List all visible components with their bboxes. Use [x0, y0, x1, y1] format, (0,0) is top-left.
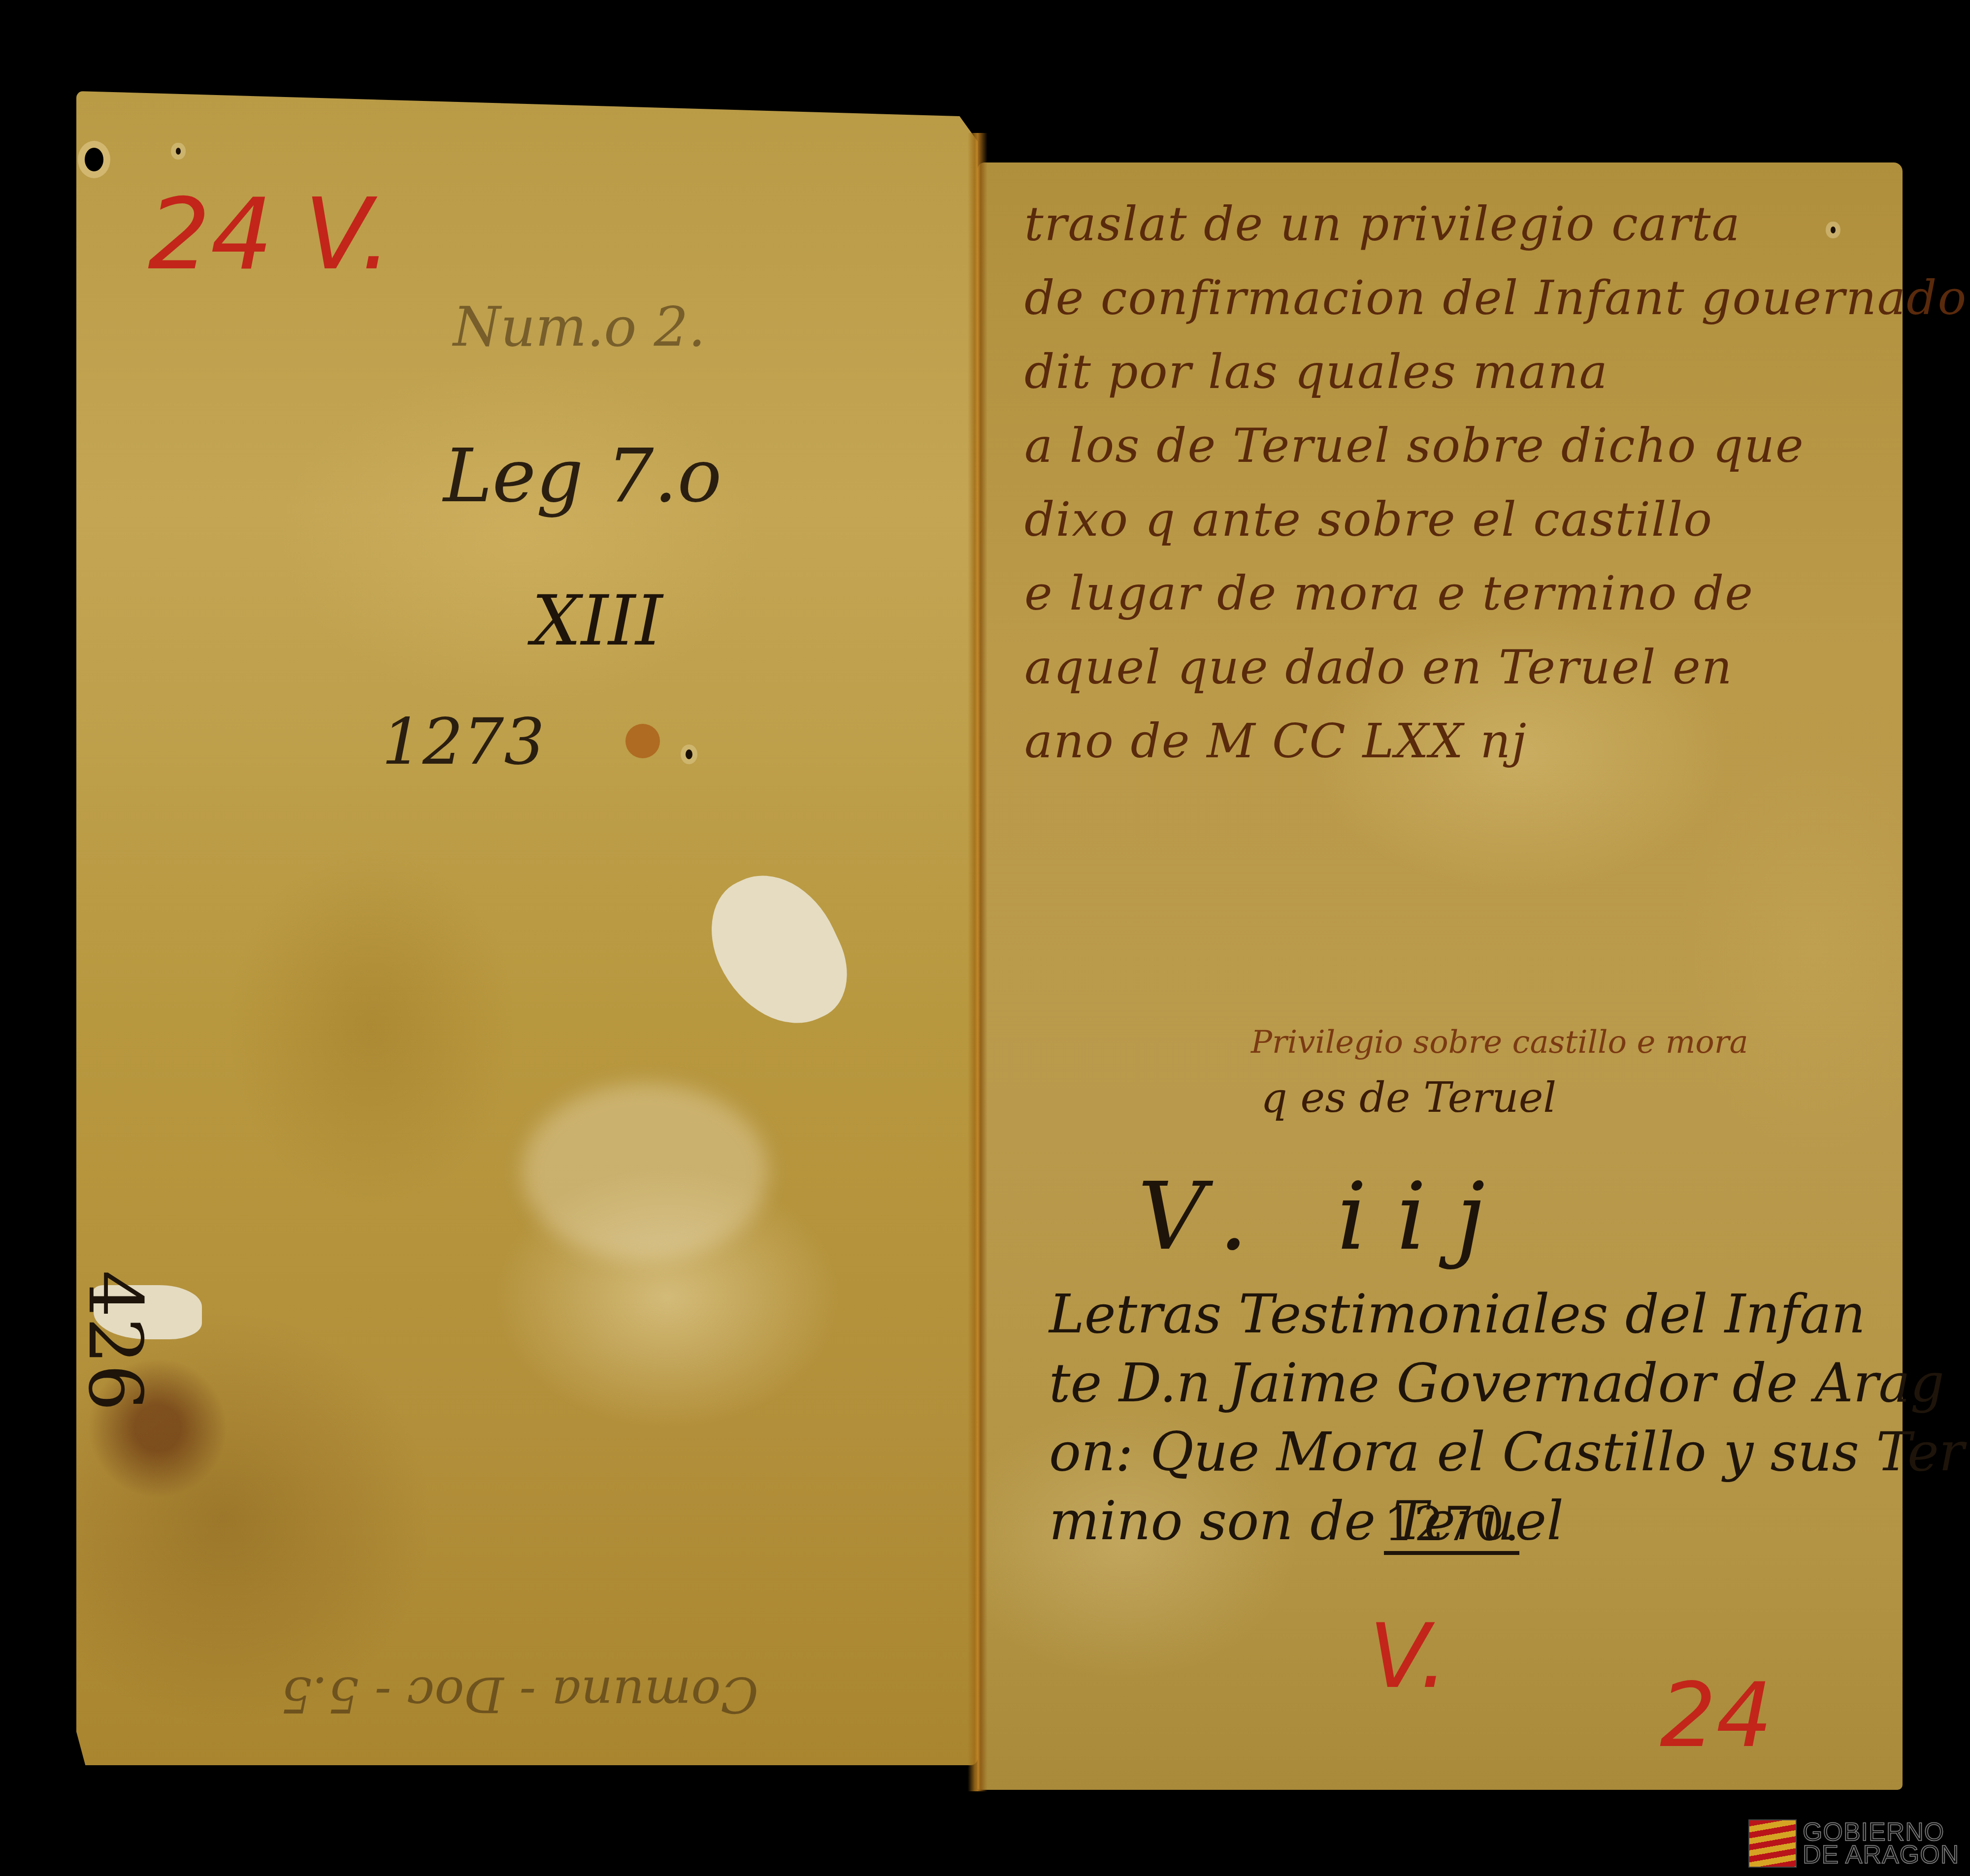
- red-archive-mark-top: 24 V.: [148, 177, 392, 292]
- gobierno-aragon-logo: GOBIERNO DE ARAGON: [1748, 1819, 1959, 1868]
- endorsement-line: de confirmacion del Infant gouernador: [1024, 261, 1970, 335]
- summary-line: te D.n Jaime Governador de Arag: [1049, 1349, 1964, 1418]
- endorsement-line: e lugar de mora e termino de: [1024, 556, 1970, 630]
- rotated-catalog-number: 426: [72, 1270, 158, 1411]
- roman-numeral-note: XIII: [532, 581, 663, 661]
- privilege-note-line-2: q es de Teruel: [1261, 1073, 1556, 1122]
- classification-mark: V. iij: [1138, 1162, 1514, 1271]
- rust-stain: [625, 724, 660, 758]
- pin-hole: [176, 148, 181, 155]
- endorsement-line: ano de M CC LXX nj: [1024, 704, 1970, 778]
- summary-line: on: Que Mora el Castillo y sus Ter: [1049, 1418, 1964, 1487]
- logo-text: GOBIERNO DE ARAGON: [1803, 1821, 1959, 1866]
- legajo-note: Leg 7.o: [443, 433, 722, 519]
- endorsement-line: dit por las quales mana: [1024, 335, 1970, 409]
- endorsement-line: traslat de un privilegio carta: [1024, 187, 1970, 261]
- red-archive-mark-bottom-24: 24: [1660, 1664, 1773, 1767]
- privilege-note-line-1: Privilegio sobre castillo e mora: [1251, 1024, 1748, 1061]
- aragon-flag-icon: [1748, 1819, 1797, 1868]
- punch-hole: [85, 148, 103, 171]
- numero-note: Num.o 2.: [453, 295, 706, 358]
- logo-line-2: DE ARAGON: [1803, 1844, 1959, 1866]
- summary-line: Letras Testimoniales del Infan: [1049, 1280, 1964, 1349]
- red-archive-mark-bottom-v: V.: [1369, 1605, 1448, 1708]
- summary-year: 1270.: [1384, 1497, 1519, 1555]
- endorsement-line: a los de Teruel sobre dicho que: [1024, 409, 1970, 483]
- endorsement-line: aquel que dado en Teruel en: [1024, 630, 1970, 704]
- faded-area: [522, 1083, 768, 1261]
- year-note-1273: 1273: [382, 704, 545, 779]
- endorsement-line: dixo q ante sobre el castillo: [1024, 483, 1970, 556]
- pin-hole: [686, 749, 692, 759]
- medieval-endorsement: traslat de un privilegio carta de confir…: [1024, 187, 1970, 778]
- spine-fold: [968, 133, 987, 1791]
- upside-down-note: Comuna - Doc - 5.5: [281, 1666, 758, 1723]
